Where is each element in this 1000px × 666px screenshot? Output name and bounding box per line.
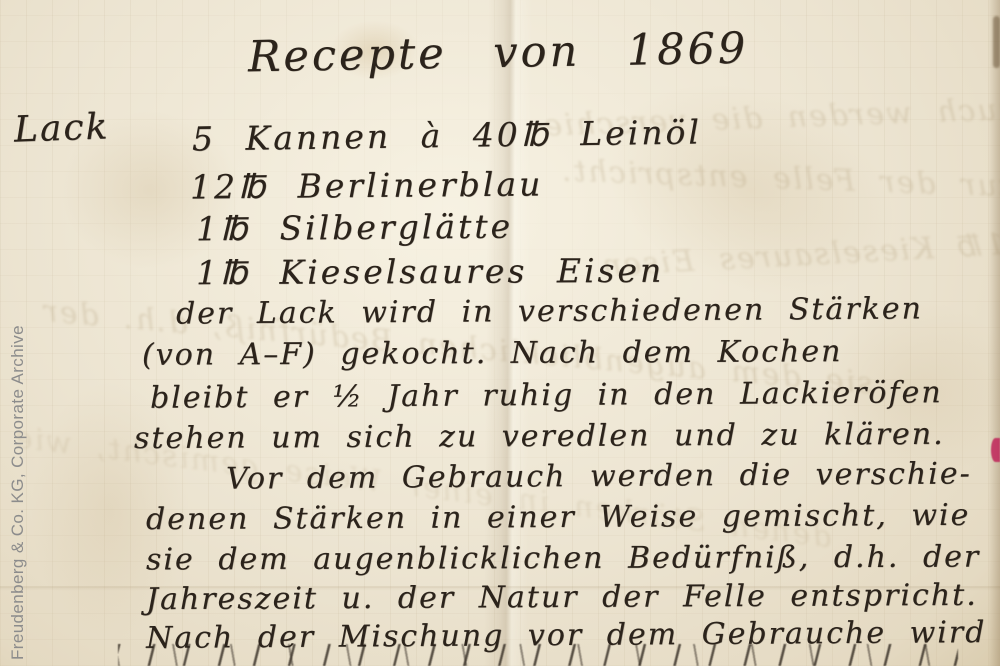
torn-edge-mark bbox=[993, 16, 1000, 68]
handwritten-line: 1℔ Silberglätte bbox=[196, 207, 513, 249]
handwritten-line: denen Stärken in einer Weise gemischt, w… bbox=[146, 498, 971, 537]
margin-label: Lack bbox=[13, 106, 110, 150]
page-right-edge-shadow bbox=[988, 0, 1000, 666]
handwritten-line: bleibt er ½ Jahr ruhig in den Lackieröfe… bbox=[150, 375, 943, 416]
handwritten-line: 5 Kannen à 40℔ Leinöl bbox=[192, 112, 702, 158]
handwritten-line: der Lack wird in verschiedenen Stärken bbox=[176, 291, 923, 331]
handwritten-line: stehen um sich zu veredlen und zu klären… bbox=[134, 417, 945, 456]
red-ink-mark bbox=[991, 438, 1000, 462]
archive-credit-text: Freudenberg & Co. KG, Corporate Archive bbox=[8, 325, 27, 660]
handwritten-line: Jahreszeit u. der Natur der Felle entspr… bbox=[146, 578, 978, 617]
handwritten-line: sie dem augenblicklichen Bedürfniß, d.h.… bbox=[146, 540, 980, 578]
clipped-handwriting-line bbox=[118, 644, 958, 666]
handwritten-line: 12℔ Berlinerblau bbox=[190, 164, 544, 206]
scanned-manuscript-page: Vor dem Gebrauch werden die verschie- Ja… bbox=[0, 0, 1000, 666]
archive-credit-caption: Freudenberg & Co. KG, Corporate Archive bbox=[8, 272, 34, 660]
page-title: Recepte von 1869 bbox=[248, 24, 749, 83]
bleedthrough-ghost-line: Jahreszeit u. der Natur der Felle entspr… bbox=[560, 153, 1000, 217]
handwritten-line: Vor dem Gebrauch werden die verschie- bbox=[226, 456, 972, 496]
handwritten-line: (von A–F) gekocht. Nach dem Kochen bbox=[142, 334, 843, 373]
handwritten-line: 1℔ Kieselsaures Eisen bbox=[196, 251, 664, 292]
